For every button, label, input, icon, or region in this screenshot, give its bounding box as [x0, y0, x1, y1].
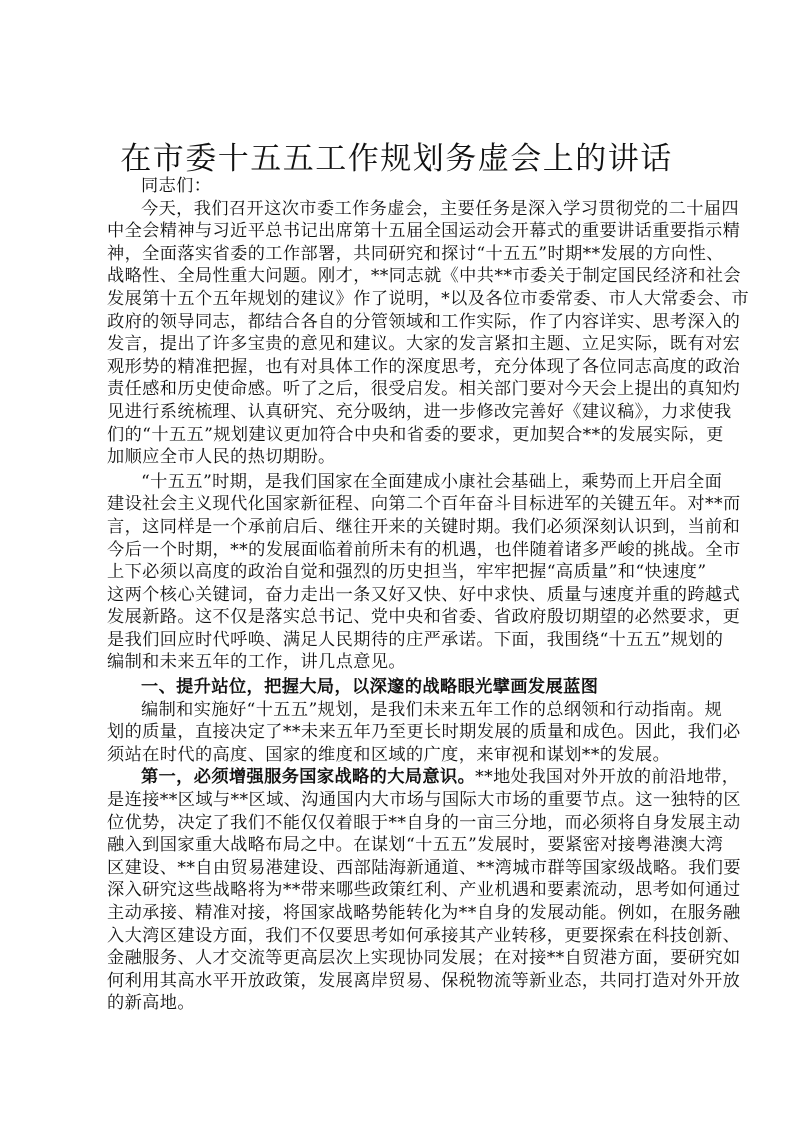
text-line: 编制和未来五年的工作，讲几点意见。: [107, 651, 682, 674]
text-line: 今天，我们召开这次市委工作务虚会，主要任务是深入学习贯彻党的二十届四: [107, 198, 682, 221]
text-line: 加顺应全市人民的热切期盼。: [107, 446, 682, 469]
text-line: 入大湾区建设方面，我们不仅要思考如何承接其产业转移，更要探索在科技创新、: [107, 925, 682, 948]
text-line: 是我们回应时代呼唤、满足人民期待的庄严承诺。下面，我围绕“十五五”规划的: [107, 629, 682, 652]
text-line: 编制和实施好“十五五”规划，是我们未来五年工作的总纲领和行动指南。规: [107, 699, 682, 722]
paragraph-section-intro: 编制和实施好“十五五”规划，是我们未来五年工作的总纲领和行动指南。规 划的质量，…: [107, 699, 682, 767]
text-line: 今后一个时期，**的发展面临着前所未有的机遇，也伴随着诸多严峻的挑战。全市: [107, 539, 682, 562]
text-line: 位优势，决定了我们不能仅仅着眼于**自身的一亩三分地，而必须将自身发展主动: [107, 812, 682, 835]
text-line: 神，全面落实省委的工作部署，共同研究和探讨“十五五”时期**发展的方向性、: [107, 243, 682, 266]
text-line: 发言，提出了许多宝贵的意见和建议。大家的发言紧扣主题、立足实际，既有对宏: [107, 333, 682, 356]
text-line: 中全会精神与习近平总书记出席第十五届全国运动会开幕式的重要讲话重要指示精: [107, 220, 682, 243]
greeting: 同志们：: [107, 175, 682, 198]
text-line: 须站在时代的高度、国家的维度和区域的广度，来审视和谋划**的发展。: [107, 744, 682, 767]
text-line: 观形势的精准把握，也有对具体工作的深度思考，充分体现了各位同志高度的政治: [107, 356, 682, 379]
point-lead-rest: **地处我国对外开放的前沿地带，: [475, 767, 739, 787]
text-line: 划的质量，直接决定了**未来五年乃至更长时期发展的质量和成色。因此，我们必: [107, 721, 682, 744]
paragraph-period: “十五五”时期，是我们国家在全面建成小康社会基础上，乘势而上开启全面 建设社会主…: [107, 471, 682, 674]
text-line: 深入研究这些战略将为**带来哪些政策红利、产业机遇和要素流动，思考如何通过: [107, 879, 682, 902]
text-line: 责任感和历史使命感。听了之后，很受启发。相关部门要对今天会上提出的真知灼: [107, 378, 682, 401]
paragraph-opening: 今天，我们召开这次市委工作务虚会，主要任务是深入学习贯彻党的二十届四 中全会精神…: [107, 198, 682, 469]
text-line: 是连接**区域与**区域、沟通国内大市场与国际大市场的重要节点。这一独特的区: [107, 789, 682, 812]
text-line: 们的“十五五”规划建议更加符合中央和省委的要求，更加契合**的发展实际，更: [107, 424, 682, 447]
text-line: 言，这同样是一个承前启后、继往开来的关键时期。我们必须深刻认识到，当前和: [107, 516, 682, 539]
text-line: 这两个核心关键词，奋力走出一条又好又快、好中求快、质量与速度并重的跨越式: [107, 584, 682, 607]
text-line: 发展第十五个五年规划的建议》作了说明，*以及各位市委常委、市人大常委会、市: [107, 288, 682, 311]
text-line: 见进行系统梳理、认真研究、充分吸纳，进一步修改完善好《建议稿》，力求使我: [107, 401, 682, 424]
document-body: 同志们： 今天，我们召开这次市委工作务虚会，主要任务是深入学习贯彻党的二十届四 …: [107, 175, 682, 1015]
text-line: 区建设、**自由贸易港建设、西部陆海新通道、**湾城市群等国家级战略。我们要: [107, 857, 682, 880]
text-line: 政府的领导同志，都结合各自的分管领域和工作实际，作了内容详实、思考深入的: [107, 311, 682, 334]
text-line: 上下必须以高度的政治自觉和强烈的历史担当，牢牢把握“高质量”和“快速度”: [107, 561, 682, 584]
text-line: 战略性、全局性重大问题。刚才，**同志就《中共**市委关于制定国民经济和社会: [107, 265, 682, 288]
text-line: 何利用其高水平开放政策，发展离岸贸易、保税物流等新业态，共同打造对外开放: [107, 970, 682, 993]
paragraph-point-one: 第一，必须增强服务国家战略的大局意识。**地处我国对外开放的前沿地带， 是连接*…: [107, 766, 682, 1015]
text-line: 第一，必须增强服务国家战略的大局意识。**地处我国对外开放的前沿地带，: [107, 766, 682, 789]
document-page: 在市委十五五工作规划务虚会上的讲话 同志们： 今天，我们召开这次市委工作务虚会，…: [0, 0, 793, 1121]
text-line: 主动承接、精准对接，将国家战略势能转化为**自身的发展动能。例如，在服务融: [107, 902, 682, 925]
text-line: 金融服务、人才交流等更高层次上实现协同发展；在对接**自贸港方面，要研究如: [107, 947, 682, 970]
section-heading: 一、提升站位，把握大局，以深邃的战略眼光擘画发展蓝图: [107, 676, 682, 699]
text-line: 的新高地。: [107, 992, 682, 1015]
text-line: 融入到国家重大战略布局之中。在谋划“十五五”发展时，要紧密对接粤港澳大湾: [107, 834, 682, 857]
document-title: 在市委十五五工作规划务虚会上的讲话: [0, 139, 793, 179]
text-line: 发展新路。这不仅是落实总书记、党中央和省委、省政府殷切期望的必然要求，更: [107, 606, 682, 629]
point-lead: 第一，必须增强服务国家战略的大局意识。: [141, 767, 475, 787]
text-line: 建设社会主义现代化国家新征程、向第二个百年奋斗目标进军的关键五年。对**而: [107, 493, 682, 516]
text-line: “十五五”时期，是我们国家在全面建成小康社会基础上，乘势而上开启全面: [107, 471, 682, 494]
